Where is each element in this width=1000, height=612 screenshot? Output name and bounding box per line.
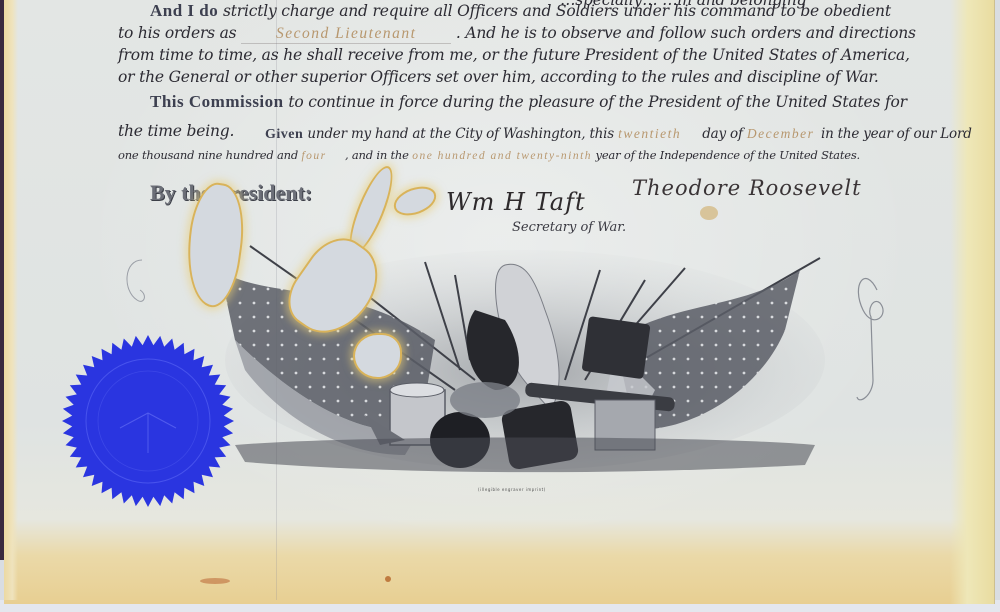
body-lead: And I do	[150, 1, 218, 20]
body-text: or the General or other superior Officer…	[118, 68, 879, 86]
body-text: day of	[702, 126, 743, 142]
independence-year-field: one hundred and twenty-ninth	[412, 150, 592, 162]
rank-field: Second Lieutenant	[241, 25, 451, 44]
blue-foil-seal-icon	[60, 333, 236, 509]
body-line-5: This Commission to continue in force dur…	[150, 92, 907, 112]
month-field: December	[747, 126, 817, 142]
body-text: in the year of our Lord	[821, 126, 972, 142]
scroll-flourish-icon	[122, 250, 152, 330]
stain	[385, 576, 391, 582]
secretary-title: Secretary of War.	[512, 220, 626, 235]
body-text: to his orders as	[118, 24, 236, 42]
body-text: from time to time, as he shall receive f…	[118, 46, 910, 64]
body-text: under my hand at the City of Washington,…	[307, 126, 614, 142]
yellowed-edge-left	[4, 0, 18, 600]
body-line-2: to his orders as Second Lieutenant . And…	[118, 24, 916, 44]
body-line-3: from time to time, as he shall receive f…	[118, 46, 910, 64]
stain	[700, 206, 718, 220]
body-text: strictly charge and require all Officers…	[223, 2, 891, 20]
body-lead: Given	[265, 127, 303, 142]
body-line-6: the time being.	[118, 122, 234, 140]
stain	[200, 578, 230, 584]
yellowed-edge-right	[950, 0, 994, 604]
engraver-imprint: (illegible engraver imprint)	[478, 487, 546, 492]
body-text: year of the Independence of the United S…	[596, 148, 861, 162]
body-text: . And he is to observe and follow such o…	[456, 24, 916, 42]
scroll-flourish-icon	[855, 255, 895, 405]
body-text: one thousand nine hundred and	[118, 148, 298, 162]
body-line-4: or the General or other superior Officer…	[118, 68, 879, 86]
body-line-1: And I do strictly charge and require all…	[150, 1, 891, 21]
body-line-8: one thousand nine hundred and four , and…	[118, 148, 860, 162]
day-field: twentieth	[618, 126, 698, 142]
body-lead: This Commission	[150, 92, 284, 111]
burn-hole	[355, 335, 400, 377]
president-signature: Theodore Roosevelt	[632, 176, 862, 200]
body-text: , and in the	[345, 148, 409, 162]
body-line-7: Given under my hand at the City of Washi…	[265, 126, 972, 143]
year-field: four	[301, 150, 341, 162]
body-text: to continue in force during the pleasure…	[288, 93, 907, 111]
secretary-signature: Wm H Taft	[446, 188, 586, 216]
body-text: the time being.	[118, 122, 234, 140]
